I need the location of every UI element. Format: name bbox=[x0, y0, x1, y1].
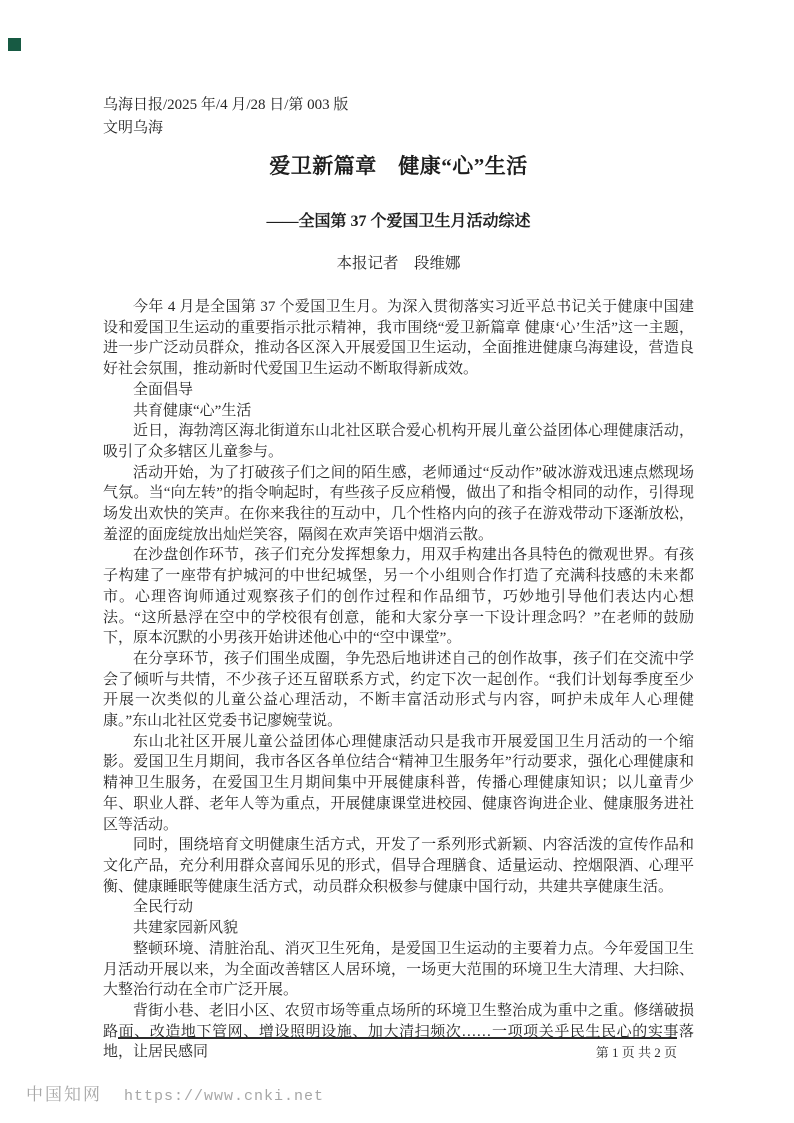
paragraph: 活动开始，为了打破孩子们之间的陌生感，老师通过“反动作”破冰游戏迅速点燃现场气氛… bbox=[103, 463, 694, 546]
article-title: 爱卫新篇章 健康“心”生活 bbox=[103, 150, 694, 180]
cnki-url-text: https://www.cnki.net bbox=[124, 1088, 324, 1105]
paragraph: 共建家园新风貌 bbox=[103, 918, 694, 939]
footer-rule bbox=[118, 1037, 677, 1039]
paragraph: 近日，海勃湾区海北街道东山北社区联合爱心机构开展儿童公益团体心理健康活动，吸引了… bbox=[103, 421, 694, 462]
green-corner-mark bbox=[8, 38, 21, 51]
page-indicator: 第 1 页 共 2 页 bbox=[596, 1042, 677, 1061]
paragraph: 东山北社区开展儿童公益团体心理健康活动只是我市开展爱国卫生月活动的一个缩影。爱国… bbox=[103, 732, 694, 836]
paragraph: 今年 4 月是全国第 37 个爱国卫生月。为深入贯彻落实习近平总书记关于健康中国… bbox=[103, 297, 694, 380]
document-header: 乌海日报/2025 年/4 月/28 日/第 003 版 文明乌海 bbox=[103, 94, 694, 140]
cnki-watermark: 中国知网 https://www.cnki.net bbox=[26, 1080, 324, 1105]
section-line: 文明乌海 bbox=[103, 117, 694, 140]
paragraph: 在沙盘创作环节，孩子们充分发挥想象力，用双手构建出各具特色的微观世界。有孩子构建… bbox=[103, 545, 694, 649]
source-line: 乌海日报/2025 年/4 月/28 日/第 003 版 bbox=[103, 94, 694, 117]
cnki-brand-text: 中国知网 bbox=[26, 1085, 102, 1104]
article-body: 今年 4 月是全国第 37 个爱国卫生月。为深入贯彻落实习近平总书记关于健康中国… bbox=[103, 297, 694, 1063]
byline: 本报记者 段维娜 bbox=[103, 251, 694, 273]
paragraph: 全民行动 bbox=[103, 897, 694, 918]
paragraph: 共育健康“心”生活 bbox=[103, 401, 694, 422]
paragraph: 在分享环节，孩子们围坐成圈，争先恐后地讲述自己的创作故事，孩子们在交流中学会了倾… bbox=[103, 649, 694, 732]
paragraph: 全面倡导 bbox=[103, 380, 694, 401]
paragraph: 整顿环境、清脏治乱、消灭卫生死角，是爱国卫生运动的主要着力点。今年爱国卫生月活动… bbox=[103, 939, 694, 1001]
paragraph: 同时，围绕培育文明健康生活方式，开发了一系列形式新颖、内容活泼的宣传作品和文化产… bbox=[103, 835, 694, 897]
article-subtitle: ——全国第 37 个爱国卫生月活动综述 bbox=[103, 208, 694, 231]
